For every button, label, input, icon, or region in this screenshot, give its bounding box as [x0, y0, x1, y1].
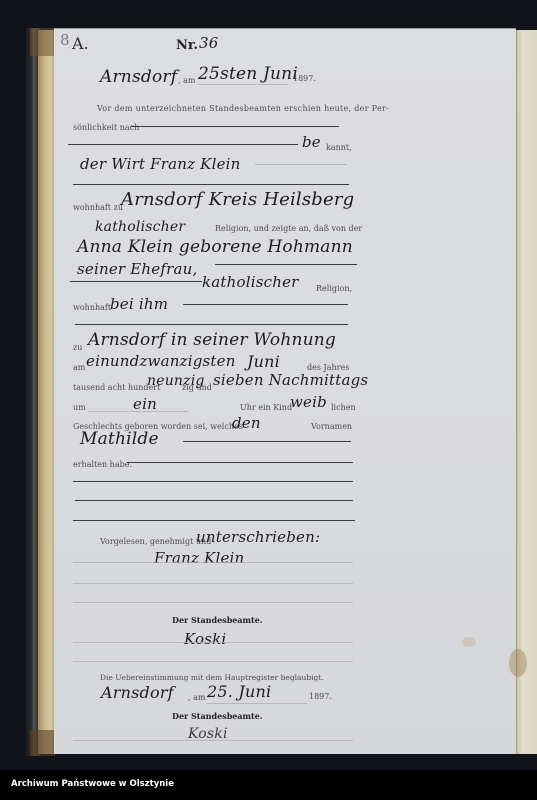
year-written: sieben Nachmittags [213, 371, 368, 389]
date-line [198, 84, 288, 85]
vorgelesen-label: Vorgelesen, genehmigt und [100, 537, 211, 546]
unterschrieben-written: unterschrieben: [196, 528, 320, 546]
registrar-signature: Koski [184, 630, 226, 648]
cert-am-label: , am [188, 693, 205, 702]
ruled-line [73, 562, 353, 563]
intro-line-1: Vor dem unterzeichneten Standesbeamten e… [97, 104, 389, 113]
mother-religion-written: katholischer [202, 273, 299, 291]
cert-year-printed: 1897. [309, 692, 332, 701]
am-label: , am [178, 76, 195, 85]
hour-written: ein [133, 395, 157, 413]
uhr-label: Uhr ein Kind [240, 403, 292, 412]
stain [30, 28, 55, 56]
ruled-line [73, 583, 353, 584]
date-line [207, 703, 307, 704]
cert-place-written: Arnsdorf [101, 683, 174, 702]
ruled-line [73, 602, 353, 603]
religion-label-2: Religion, [316, 284, 352, 293]
intro-line-2: sönlichkeit nach [73, 123, 139, 132]
fill-line [73, 520, 355, 521]
archive-label: Archiwum Państwowe w Olsztynie [11, 779, 174, 789]
fill-line [75, 324, 348, 325]
fill-line [127, 462, 353, 463]
birth-month-written: Juni [247, 352, 280, 371]
ruled-line [73, 642, 353, 643]
wohnhaft-label: wohnhaft zu [73, 203, 123, 212]
stain [462, 637, 476, 647]
series-letter: A. [72, 34, 89, 53]
fill-line [70, 281, 202, 282]
informant-written: der Wirt Franz Klein [80, 155, 241, 173]
scan-image: 8 A. Nr. 36 Arnsdorf , am 25sten Juni 18… [0, 0, 537, 770]
mother-residence-written: bei ihm [110, 295, 168, 313]
sex-written: weib [290, 393, 327, 411]
page-gutter [38, 30, 55, 754]
page-fold [516, 30, 517, 754]
am-label-2: am [73, 363, 85, 372]
ruled-line [73, 661, 353, 662]
next-page-edge [516, 30, 537, 754]
fill-line [131, 126, 339, 127]
certification-label: Die Uebereinstimmung mit dem Hauptregist… [100, 673, 324, 682]
fill-line [73, 184, 349, 185]
date-written: 25sten Juni [198, 64, 298, 84]
zig-und-label: zig und [182, 383, 212, 392]
relation-written: seiner Ehefrau, [77, 260, 197, 278]
be-written: be [302, 133, 321, 151]
place-written: Arnsdorf [100, 67, 177, 87]
nr-value: 36 [199, 34, 219, 52]
birth-place-written: Arnsdorf in seiner Wohnung [88, 330, 336, 350]
stain [30, 730, 55, 756]
fill-line [183, 441, 351, 442]
margin-number: 8 [60, 31, 70, 49]
wohnhaft-label-2: wohnhaft [73, 303, 111, 312]
birth-day-written: einundzwanzigsten [86, 352, 236, 370]
religion-written: katholischer [95, 219, 185, 235]
das-written: den [232, 414, 261, 432]
archive-footer: Archiwum Państwowe w Olsztynie [0, 770, 537, 800]
um-label: um [73, 403, 86, 412]
fill-line [75, 500, 353, 501]
informant-signature: Franz Klein [154, 549, 244, 567]
stain [509, 649, 527, 677]
cert-date-written: 25. Juni [207, 682, 271, 701]
nr-label: Nr. [176, 38, 198, 53]
mother-written: Anna Klein geborene Hohmann [77, 237, 353, 257]
standesbeamte-label: Der Standesbeamte. [172, 615, 263, 625]
fill-line [68, 144, 298, 145]
lichen-label: lichen [331, 403, 356, 412]
fill-line [255, 164, 347, 165]
residence-written: Arnsdorf Kreis Heilsberg [121, 189, 354, 210]
zu-label: zu [73, 343, 82, 352]
religion-label: Religion, und zeigte an, daß von der [215, 224, 362, 233]
vornamen-label: Vornamen [311, 422, 352, 431]
year-printed: 1897. [293, 74, 316, 83]
child-name-written: Mathilde [80, 429, 159, 449]
fill-line [183, 304, 348, 305]
erhalten-label: erhalten habe. [73, 460, 132, 469]
standesbeamte-label-2: Der Standesbeamte. [172, 711, 263, 721]
ruled-line [73, 740, 353, 741]
kannt-label: kannt, [326, 143, 352, 152]
fill-line [73, 481, 353, 482]
fill-line [215, 264, 357, 265]
